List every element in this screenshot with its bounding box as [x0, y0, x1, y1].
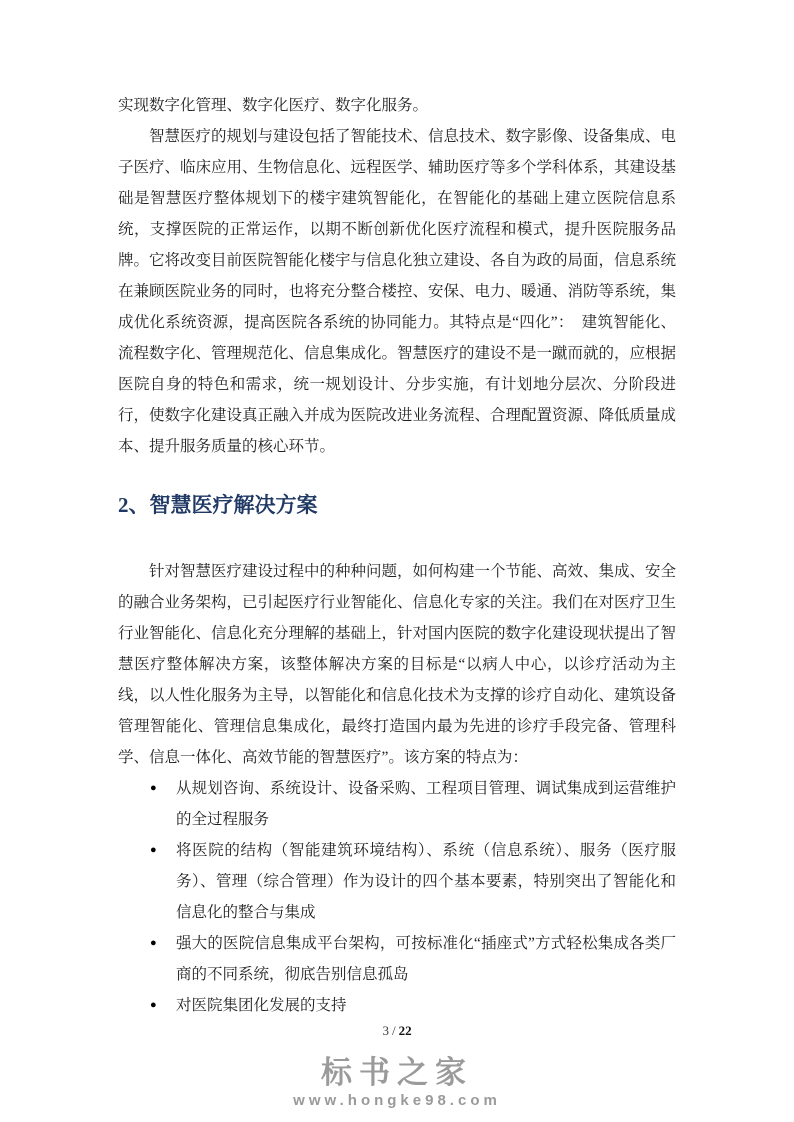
page-number: 3/22 — [0, 1022, 794, 1040]
watermark-logo-text: 标书之家 — [0, 1056, 794, 1090]
bullet-item: ● 将医院的结构（智能建筑环境结构）、系统（信息系统）、服务（医疗服务）、管理（… — [150, 835, 676, 928]
bullet-text: 从规划咨询、系统设计、设备采购、工程项目管理、调试集成到运营维护的全过程服务 — [176, 773, 676, 835]
section-heading-solution: 2、智慧医疗解决方案 — [118, 488, 676, 522]
bullet-text: 将医院的结构（智能建筑环境结构）、系统（信息系统）、服务（医疗服务）、管理（综合… — [176, 835, 676, 928]
bullet-icon: ● — [150, 773, 176, 804]
watermark: 标书之家 www.hongke98.com — [0, 1056, 794, 1109]
watermark-url-text: www.hongke98.com — [0, 1092, 794, 1109]
bullet-item: ● 对医院集团化发展的支持 — [150, 990, 676, 1021]
bullet-icon: ● — [150, 835, 176, 866]
page-number-current: 3 — [382, 1023, 389, 1038]
document-page: 实现数字化管理、数字化医疗、数字化服务。 智慧医疗的规划与建设包括了智能技术、信… — [0, 0, 794, 1122]
bullet-item: ● 从规划咨询、系统设计、设备采购、工程项目管理、调试集成到运营维护的全过程服务 — [150, 773, 676, 835]
page-content: 实现数字化管理、数字化医疗、数字化服务。 智慧医疗的规划与建设包括了智能技术、信… — [118, 0, 676, 1021]
feature-bullet-list: ● 从规划咨询、系统设计、设备采购、工程项目管理、调试集成到运营维护的全过程服务… — [118, 773, 676, 1021]
page-number-total: 22 — [399, 1023, 412, 1038]
bullet-text: 对医院集团化发展的支持 — [176, 990, 676, 1021]
paragraph-smart-medical-overview: 智慧医疗的规划与建设包括了智能技术、信息技术、数字影像、设备集成、电子医疗、临床… — [118, 121, 676, 462]
bullet-icon: ● — [150, 928, 176, 959]
paragraph-solution-intro: 针对智慧医疗建设过程中的种种问题，如何构建一个节能、高效、集成、安全的融合业务架… — [118, 556, 676, 773]
bullet-item: ● 强大的医院信息集成平台架构，可按标准化“插座式”方式轻松集成各类厂商的不同系… — [150, 928, 676, 990]
paragraph-continuation: 实现数字化管理、数字化医疗、数字化服务。 — [118, 90, 676, 121]
page-number-separator: / — [389, 1023, 399, 1038]
bullet-text: 强大的医院信息集成平台架构，可按标准化“插座式”方式轻松集成各类厂商的不同系统，… — [176, 928, 676, 990]
bullet-icon: ● — [150, 990, 176, 1021]
